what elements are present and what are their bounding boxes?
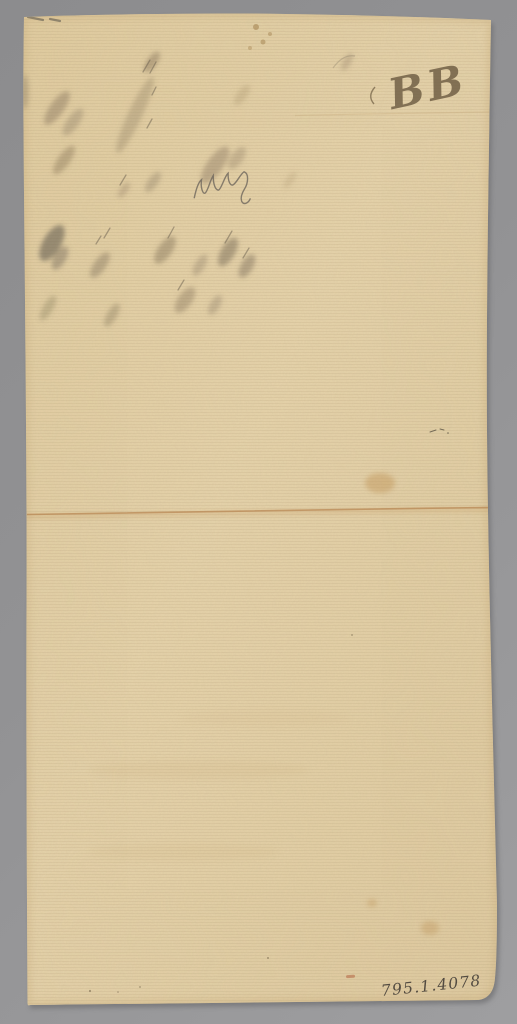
photograph-of-paper-verso: BB 795.1.4078 bbox=[0, 0, 517, 1024]
red-mark bbox=[346, 975, 355, 979]
paper-verso-image: BB 795.1.4078 bbox=[0, 0, 517, 1024]
stain-above-fold bbox=[365, 473, 395, 493]
